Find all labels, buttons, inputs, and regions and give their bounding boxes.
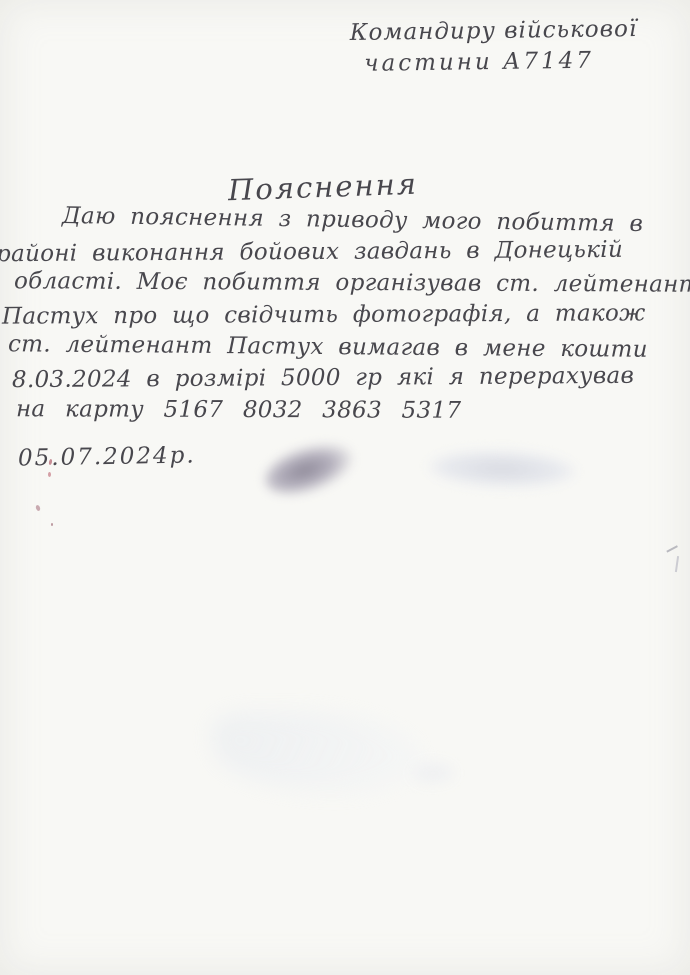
red-ink-speck [48,472,51,477]
faint-stain-small [412,763,454,783]
scanned-document-page: Командиру військової частини А7147 Поясн… [0,0,690,975]
body-line-5: ст. лейтенант Пастух вимагав в мене кошт… [8,331,648,363]
red-ink-speck [35,504,41,511]
document-title: Пояснення [227,167,418,208]
addressee-line-2: частини А7147 [350,45,638,80]
body-line-3: області. Моє побиття організував ст. лей… [14,268,690,298]
faint-stain-large [212,712,422,792]
body-line-1: Даю пояснення з приводу мого побиття в [62,203,643,237]
pen-scratch-mark [675,556,679,572]
body-line-4: Пастух про що свідчить фотографія, а так… [2,300,646,329]
pen-scratch-mark [666,545,677,552]
red-ink-speck [51,523,53,526]
signature-blur-left [258,433,360,505]
body-line-2: районі виконання бойових завдань в Донец… [0,237,623,267]
body-line-7: на карту 5167 8032 3863 5317 [16,396,461,424]
addressee-block: Командиру військової частини А7147 [350,14,638,80]
document-date: 05.07.2024р. [18,442,196,471]
addressee-line-1: Командиру військової [350,14,638,49]
signature-blur-right [427,448,576,489]
body-line-6: 8.03.2024 в розмірі 5000 гр які я перера… [12,363,634,393]
